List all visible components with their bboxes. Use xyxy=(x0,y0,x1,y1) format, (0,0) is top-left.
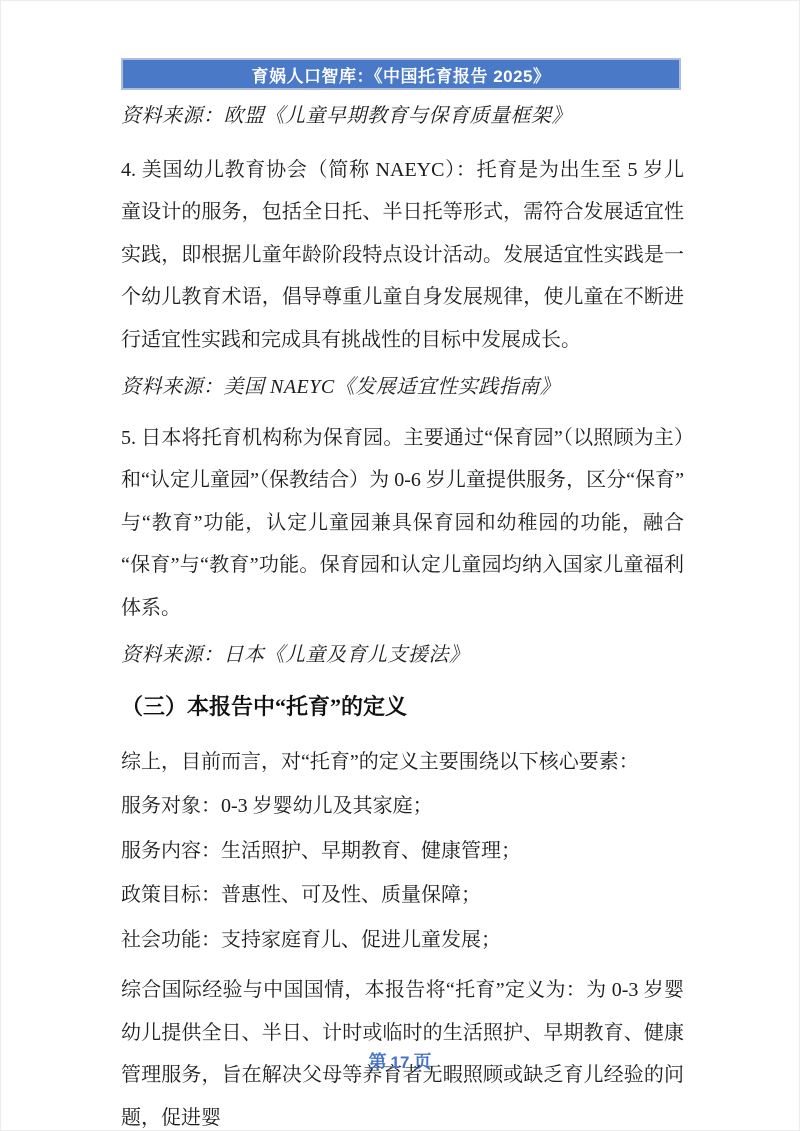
list-item-policy-goal: 政策目标：普惠性、可及性、质量保障； xyxy=(121,874,684,917)
list-item-service-target: 服务对象：0-3 岁婴幼儿及其家庭； xyxy=(121,785,684,828)
paragraph-japan-definition: 5. 日本将托育机构称为保育园。主要通过“保育园”（以照顾为主）和“认定儿童园”… xyxy=(121,417,684,630)
list-item-service-content: 服务内容：生活照护、早期教育、健康管理； xyxy=(121,830,684,873)
source-line-eu: 资料来源：欧盟《儿童早期教育与保育质量框架》 xyxy=(121,95,684,138)
section-heading-definition: （三）本报告中“托育”的定义 xyxy=(121,690,684,724)
document-page: 育娲人口智库：《中国托育报告 2025》 资料来源：欧盟《儿童早期教育与保育质量… xyxy=(0,0,800,1131)
document-content: 资料来源：欧盟《儿童早期教育与保育质量框架》 4. 美国幼儿教育协会（简称 NA… xyxy=(121,90,684,1131)
footer-page-prefix: 第 xyxy=(369,1052,387,1072)
header-title: 育娲人口智库：《中国托育报告 2025》 xyxy=(251,62,550,87)
page-header-banner: 育娲人口智库：《中国托育报告 2025》 xyxy=(121,58,681,90)
footer-page-suffix: 页 xyxy=(413,1052,431,1072)
source-line-japan: 资料来源：日本《儿童及育儿支援法》 xyxy=(121,634,684,677)
page-footer: 第17页 xyxy=(1,1048,799,1074)
source-line-naeyc: 资料来源：美国 NAEYC《发展适宜性实践指南》 xyxy=(121,366,684,409)
paragraph-core-elements-intro: 综上，目前而言，对“托育”的定义主要围绕以下核心要素： xyxy=(121,741,684,784)
footer-page-number: 17 xyxy=(391,1053,410,1072)
list-item-social-function: 社会功能：支持家庭育儿、促进儿童发展； xyxy=(121,919,684,962)
paragraph-naeyc-definition: 4. 美国幼儿教育协会（简称 NAEYC）：托育是为出生至 5 岁儿童设计的服务… xyxy=(121,149,684,362)
